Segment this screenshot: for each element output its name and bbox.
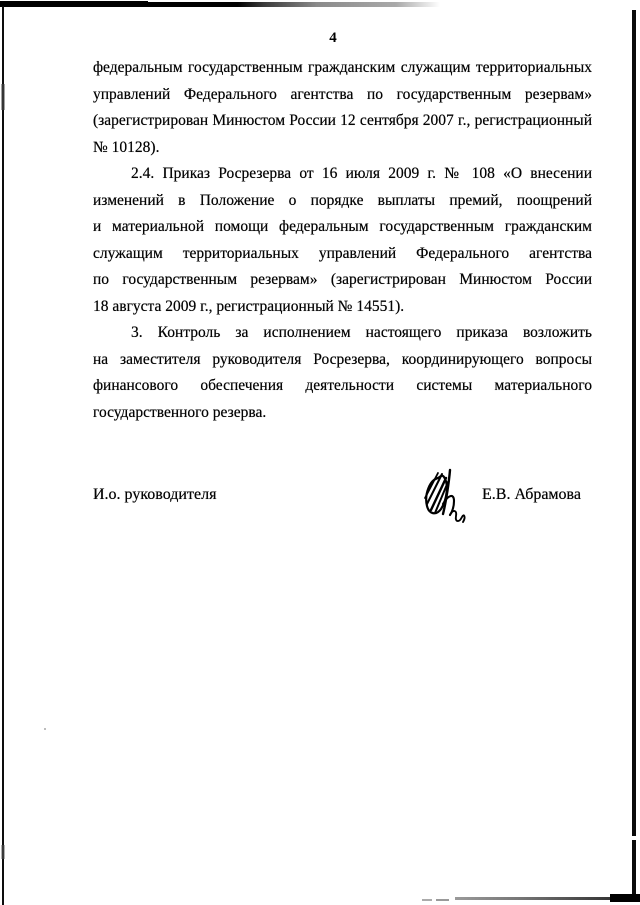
body-line: по государственным резервам» (зарегистри… — [93, 267, 592, 294]
body-line: служащим территориальных управлений Феде… — [93, 241, 592, 268]
scan-edge-right — [632, 10, 636, 897]
body-line: 18 августа 2009 г., регистрационный № 14… — [93, 294, 592, 321]
body-line: (зарегистрирован Минюстом России 12 сент… — [93, 108, 592, 135]
scan-edge-bottom — [455, 897, 613, 900]
scan-smudge — [1, 84, 5, 110]
document-body: федеральным государственным гражданским … — [93, 55, 592, 426]
scan-dash — [436, 899, 449, 901]
scan-smudge — [1, 845, 5, 859]
scan-edge-top-thick — [0, 1, 148, 7]
signatory-role-label: И.о. руководителя — [93, 486, 216, 504]
body-line: и материальной помощи федеральным госуда… — [93, 214, 592, 241]
body-line: изменений в Положение о порядке выплаты … — [93, 188, 592, 215]
scan-edge-bottom-corner — [610, 894, 640, 902]
handwritten-signature-icon — [408, 456, 478, 534]
scan-edge-gap — [632, 836, 636, 840]
body-line: 2.4. Приказ Росрезерва от 16 июля 2009 г… — [93, 161, 592, 188]
body-line: на заместителя руководителя Росрезерва, … — [93, 347, 592, 374]
scan-speck — [44, 728, 46, 730]
body-line: федеральным государственным гражданским … — [93, 55, 592, 82]
page-number: 4 — [93, 30, 573, 47]
body-line: финансового обеспечения деятельности сис… — [93, 373, 592, 400]
signatory-name: Е.В. Абрамова — [482, 486, 581, 504]
body-line: 3. Контроль за исполнением настоящего пр… — [93, 320, 592, 347]
body-line: управлений Федерального агентства по гос… — [93, 82, 592, 109]
body-line: № 10128). — [93, 135, 592, 162]
scan-edge-left — [2, 6, 4, 905]
scanned-document-page: 4 федеральным государственным граждански… — [0, 0, 640, 905]
scan-dash — [422, 899, 432, 901]
body-line: государственного резерва. — [93, 400, 592, 427]
